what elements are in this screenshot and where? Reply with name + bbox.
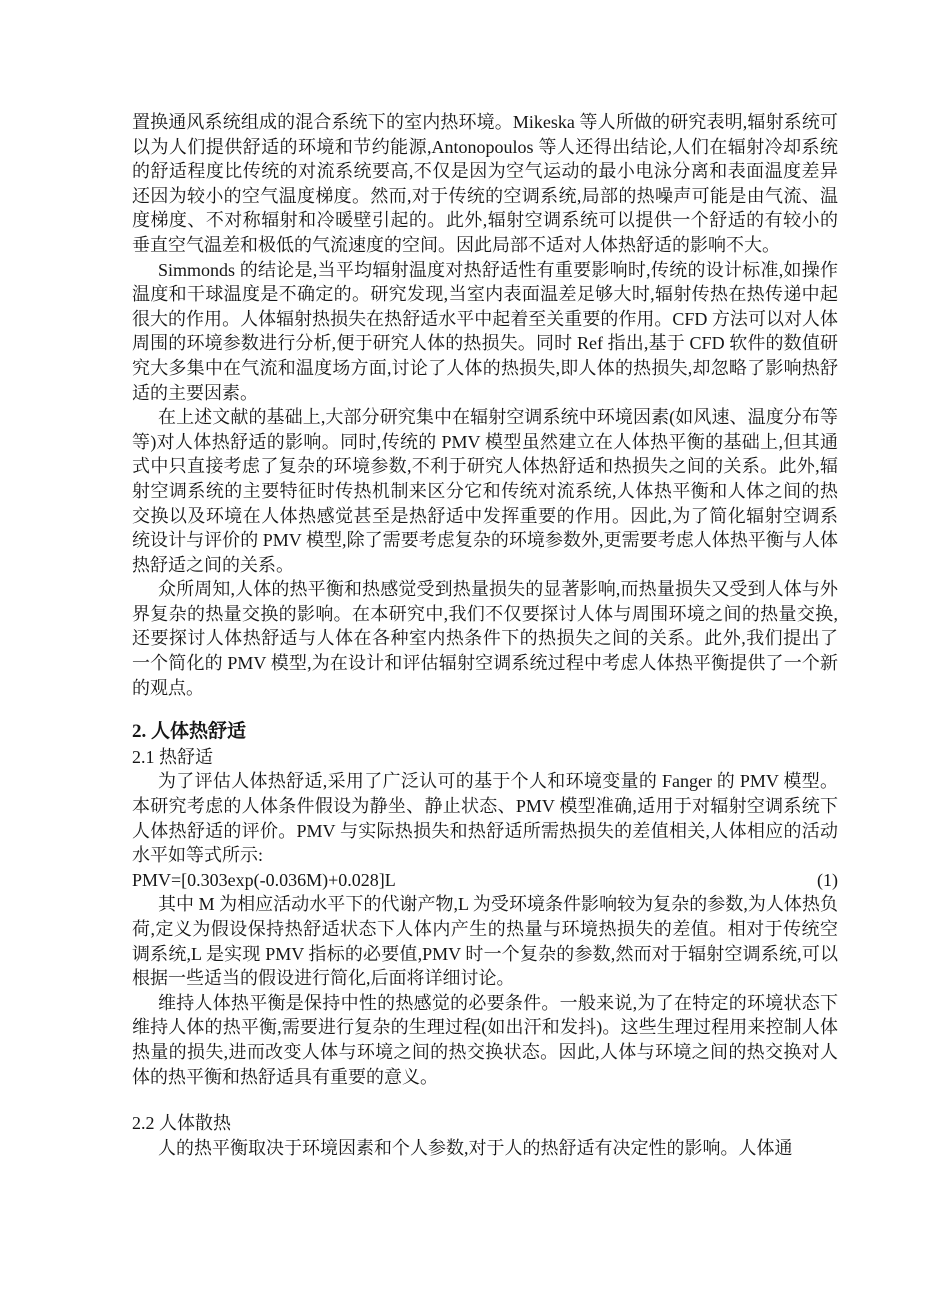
paragraph-study-purpose: 众所周知,人体的热平衡和热感觉受到热量损失的显著影响,而热量损失又受到人体与外界…	[132, 577, 838, 700]
paragraph-heat-balance: 维持人体热平衡是保持中性的热感觉的必要条件。一般来说,为了在特定的环境状态下维持…	[132, 991, 838, 1089]
page-text-block: 置换通风系统组成的混合系统下的室内热环境。Mikeska 等人所做的研究表明,辐…	[132, 110, 838, 1160]
pmv-formula: PMV=[0.303exp(-0.036M)+0.028]L	[132, 868, 396, 893]
document-page: 置换通风系统组成的混合系统下的室内热环境。Mikeska 等人所做的研究表明,辐…	[0, 0, 926, 1309]
paragraph-pmv-model-intro: 为了评估人体热舒适,采用了广泛认可的基于个人和环境变量的 Fanger 的 PM…	[132, 769, 838, 867]
equation-number: (1)	[817, 868, 838, 893]
section-2-1-heading: 2.1 热舒适	[132, 745, 838, 770]
paragraph-literature-review: 在上述文献的基础上,大部分研究集中在辐射空调系统中环境因素(如风速、温度分布等等…	[132, 405, 838, 577]
paragraph-body-heat-dissipation: 人的热平衡取决于环境因素和个人参数,对于人的热舒适有决定性的影响。人体通	[132, 1136, 838, 1161]
paragraph-equation-terms: 其中 M 为相应活动水平下的代谢产物,L 为受环境条件影响较为复杂的参数,为人体…	[132, 892, 838, 990]
paragraph-simmonds-conclusion: Simmonds 的结论是,当平均辐射温度对热舒适性有重要影响时,传统的设计标准…	[132, 258, 838, 406]
equation-1-row: PMV=[0.303exp(-0.036M)+0.028]L (1)	[132, 868, 838, 893]
paragraph-intro-continuation: 置换通风系统组成的混合系统下的室内热环境。Mikeska 等人所做的研究表明,辐…	[132, 110, 838, 258]
section-2-heading: 2. 人体热舒适	[132, 720, 838, 745]
section-2-2-heading: 2.2 人体散热	[132, 1111, 838, 1136]
